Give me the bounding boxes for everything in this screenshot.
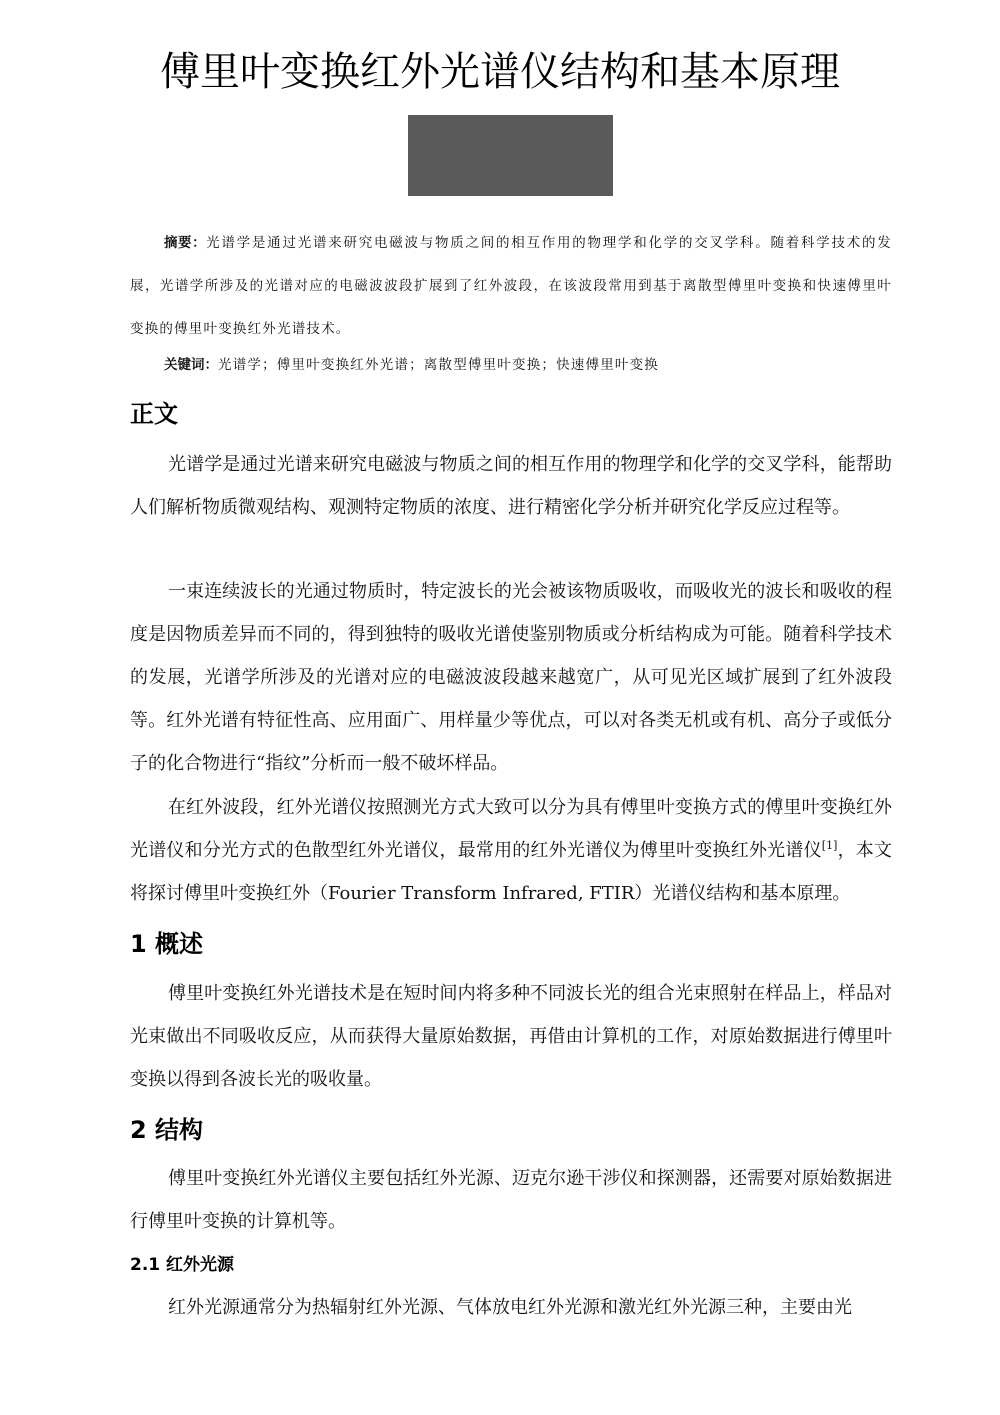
- paragraph-text: 在红外波段，红外光谱仪按照测光方式大致可以分为具有傅里叶变换方式的傅里叶变换红外…: [130, 797, 892, 861]
- document-title: 傅里叶变换红外光谱仪结构和基本原理: [0, 44, 1000, 100]
- subsection-heading-ir-source: 2.1 红外光源: [130, 1253, 234, 1277]
- document-page: 傅里叶变换红外光谱仪结构和基本原理 摘要：光谱学是通过光谱来研究电磁波与物质之间…: [0, 0, 1000, 1415]
- paragraph: 一束连续波长的光通过物质时，特定波长的光会被该物质吸收，而吸收光的波长和吸收的程…: [130, 570, 892, 785]
- paragraph: 光谱学是通过光谱来研究电磁波与物质之间的相互作用的物理学和化学的交叉学科，能帮助…: [130, 443, 892, 529]
- citation-ref[interactable]: [1]: [822, 839, 838, 852]
- redacted-author-block: [408, 115, 613, 196]
- section-heading-main: 正文: [130, 398, 178, 430]
- paragraph: 红外光源通常分为热辐射红外光源、气体放电红外光源和激光红外光源三种，主要由光: [130, 1286, 892, 1329]
- abstract-text: 光谱学是通过光谱来研究电磁波与物质之间的相互作用的物理学和化学的交叉学科。随着科…: [130, 235, 892, 337]
- paragraph: 在红外波段，红外光谱仪按照测光方式大致可以分为具有傅里叶变换方式的傅里叶变换红外…: [130, 786, 892, 915]
- section-heading-structure: 2 结构: [130, 1114, 203, 1146]
- abstract-label: 摘要：: [164, 235, 206, 251]
- section-heading-overview: 1 概述: [130, 928, 203, 960]
- paragraph: 傅里叶变换红外光谱技术是在短时间内将多种不同波长光的组合光束照射在样品上，样品对…: [130, 972, 892, 1101]
- keywords-text: 光谱学；傅里叶变换红外光谱；离散型傅里叶变换；快速傅里叶变换: [218, 357, 659, 373]
- paragraph: 傅里叶变换红外光谱仪主要包括红外光源、迈克尔逊干涉仪和探测器，还需要对原始数据进…: [130, 1157, 892, 1243]
- keywords-label: 关键词：: [164, 357, 218, 373]
- abstract: 摘要：光谱学是通过光谱来研究电磁波与物质之间的相互作用的物理学和化学的交叉学科。…: [130, 222, 892, 351]
- keywords: 关键词：光谱学；傅里叶变换红外光谱；离散型傅里叶变换；快速傅里叶变换: [164, 352, 894, 378]
